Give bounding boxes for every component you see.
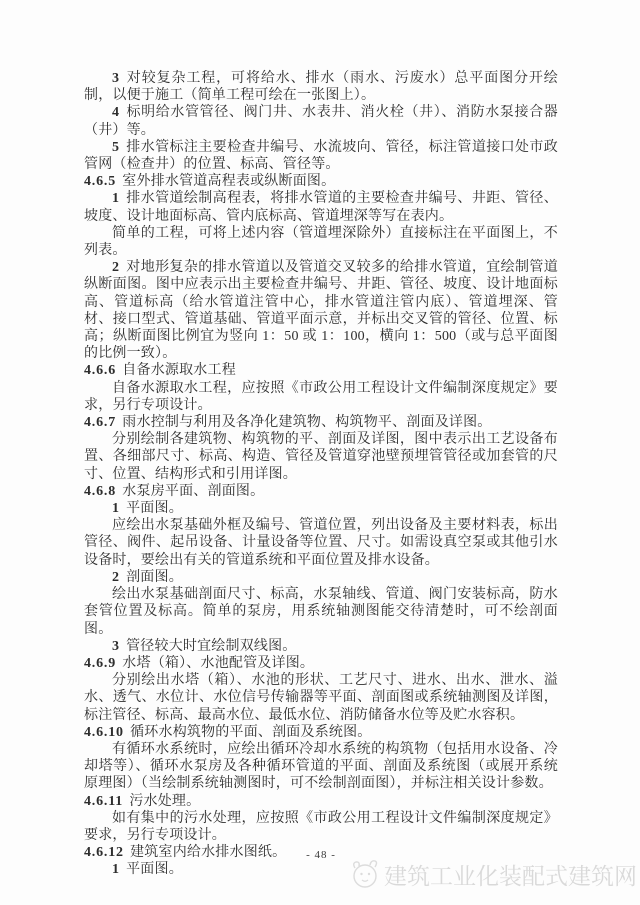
clause-paragraph: 分别绘制各建筑物、构筑物的平、剖面及详图，图中表示出工艺设备布置、各细部尺寸、标… <box>84 431 558 483</box>
watermark-text: 建筑工业化装配式建筑网 <box>384 858 637 891</box>
item-text: 排水管道绘制高程表，将排水管道的主要检查井编号、井距、管径、坡度、设计地面标高、… <box>84 191 558 223</box>
item-number: 4 <box>112 105 120 120</box>
clause-heading: 4.6.7雨水控制与利用及各净化建筑物、构筑物平、剖面及详图。 <box>84 414 558 431</box>
clause-title: 室外排水管道高程表或纵断面图。 <box>122 174 335 189</box>
item-text: 对地形复杂的排水管道以及管道交叉较多的给排水管道，宜绘制管道纵断面图。图中应表示… <box>84 260 558 361</box>
clause-number: 4.6.11 <box>84 794 123 809</box>
clause-title: 自备水源取水工程 <box>122 363 236 378</box>
item-text: 平面图。 <box>126 501 183 516</box>
item-number: 2 <box>112 260 120 275</box>
clause-heading: 4.6.10循环水构筑物的平面、剖面及系统图。 <box>84 724 558 741</box>
item-number: 1 <box>112 862 120 877</box>
item-number: 5 <box>112 140 120 155</box>
clause-item: 3对较复杂工程，可将给水、排水（雨水、污废水）总平面图分开绘制，以便于施工（简单… <box>84 70 558 104</box>
paragraph-text: 自备水源取水工程，应按照《市政公用工程设计文件编制深度规定》要求，另行专项设计。 <box>84 381 558 413</box>
clause-number: 4.6.5 <box>84 174 116 189</box>
clause-item: 2对地形复杂的排水管道以及管道交叉较多的给排水管道，宜绘制管道纵断面图。图中应表… <box>84 259 558 362</box>
document-body: 3对较复杂工程，可将给水、排水（雨水、污废水）总平面图分开绘制，以便于施工（简单… <box>84 70 558 879</box>
clause-title: 水塔（箱）、水池配管及详图。 <box>122 656 314 671</box>
item-number: 1 <box>112 501 120 516</box>
clause-heading: 4.6.6自备水源取水工程 <box>84 362 558 379</box>
clause-heading: 4.6.5室外排水管道高程表或纵断面图。 <box>84 173 558 190</box>
clause-number: 4.6.8 <box>84 484 116 499</box>
item-number: 3 <box>112 71 120 86</box>
item-number: 2 <box>112 570 120 585</box>
scanned-document-page: { "doc": { "paragraphs": [ { "label": "3… <box>0 0 640 905</box>
clause-heading: 4.6.8水泵房平面、剖面图。 <box>84 483 558 500</box>
item-text: 剖面图。 <box>126 570 183 585</box>
clause-paragraph: 自备水源取水工程，应按照《市政公用工程设计文件编制深度规定》要求，另行专项设计。 <box>84 380 558 414</box>
item-text: 排水管标注主要检查井编号、水流坡向、管径，标注管道接口处市政管网（检查井）的位置… <box>84 140 558 172</box>
clause-title: 水泵房平面、剖面图。 <box>122 484 264 499</box>
clause-title: 污水处理。 <box>129 794 200 809</box>
clause-heading: 4.6.9水塔（箱）、水池配管及详图。 <box>84 655 558 672</box>
clause-heading: 4.6.11污水处理。 <box>84 793 558 810</box>
clause-item: 1排水管道绘制高程表，将排水管道的主要检查井编号、井距、管径、坡度、设计地面标高… <box>84 190 558 224</box>
clause-paragraph: 分别绘出水塔（箱）、水池的形状、工艺尺寸、进水、出水、泄水、溢水、透气、水位计、… <box>84 672 558 724</box>
clause-paragraph: 绘出水泵基础剖面尺寸、标高，水泵轴线、管道、阀门安装标高，防水套管位置及标高。简… <box>84 586 558 638</box>
clause-paragraph: 简单的工程，可将上述内容（管道埋深除外）直接标注在平面图上，不列表。 <box>84 225 558 259</box>
paragraph-text: 应绘出水泵基础外框及编号、管道位置，列出设备及主要材料表，标出管径、阀件、起吊设… <box>84 518 558 567</box>
watermark: 建筑工业化装配式建筑网 <box>346 856 637 892</box>
paragraph-text: 绘出水泵基础剖面尺寸、标高，水泵轴线、管道、阀门安装标高，防水套管位置及标高。简… <box>84 587 558 636</box>
panda-mascot-icon <box>346 856 382 892</box>
paragraph-text: 分别绘出水塔（箱）、水池的形状、工艺尺寸、进水、出水、泄水、溢水、透气、水位计、… <box>84 673 558 722</box>
item-text: 对较复杂工程，可将给水、排水（雨水、污废水）总平面图分开绘制，以便于施工（简单工… <box>84 71 558 103</box>
item-number: 3 <box>112 639 120 654</box>
paragraph-text: 简单的工程，可将上述内容（管道埋深除外）直接标注在平面图上，不列表。 <box>84 226 558 258</box>
paragraph-text: 有循环水系统时，应绘出循环冷却水系统的构筑物（包括用水设备、冷却塔等）、循环水泵… <box>84 742 558 791</box>
item-number: 1 <box>112 191 120 206</box>
clause-number: 4.6.10 <box>84 725 124 740</box>
clause-paragraph: 如有集中的污水处理，应按照《市政公用工程设计文件编制深度规定》要求，另行专项设计… <box>84 810 558 844</box>
clause-paragraph: 应绘出水泵基础外框及编号、管道位置，列出设备及主要材料表，标出管径、阀件、起吊设… <box>84 517 558 569</box>
clause-number: 4.6.6 <box>84 363 116 378</box>
paragraph-text: 如有集中的污水处理，应按照《市政公用工程设计文件编制深度规定》要求，另行专项设计… <box>84 811 558 843</box>
item-text: 标明给水管管径、阀门井、水表井、消火栓（井）、消防水泵接合器（井）等。 <box>84 105 558 137</box>
clause-title: 雨水控制与利用及各净化建筑物、构筑物平、剖面及详图。 <box>122 415 491 430</box>
clause-item: 3管径较大时宜绘制双线图。 <box>84 638 558 655</box>
clause-paragraph: 有循环水系统时，应绘出循环冷却水系统的构筑物（包括用水设备、冷却塔等）、循环水泵… <box>84 741 558 793</box>
item-text: 平面图。 <box>126 862 183 877</box>
paragraph-text: 分别绘制各建筑物、构筑物的平、剖面及详图，图中表示出工艺设备布置、各细部尺寸、标… <box>84 432 558 481</box>
clause-item: 4标明给水管管径、阀门井、水表井、消火栓（井）、消防水泵接合器（井）等。 <box>84 104 558 138</box>
clause-title: 循环水构筑物的平面、剖面及系统图。 <box>130 725 371 740</box>
clause-item: 2剖面图。 <box>84 569 558 586</box>
clause-number: 4.6.7 <box>84 415 116 430</box>
item-text: 管径较大时宜绘制双线图。 <box>126 639 296 654</box>
clause-item: 5排水管标注主要检查井编号、水流坡向、管径，标注管道接口处市政管网（检查井）的位… <box>84 139 558 173</box>
clause-number: 4.6.9 <box>84 656 116 671</box>
clause-item: 1平面图。 <box>84 500 558 517</box>
